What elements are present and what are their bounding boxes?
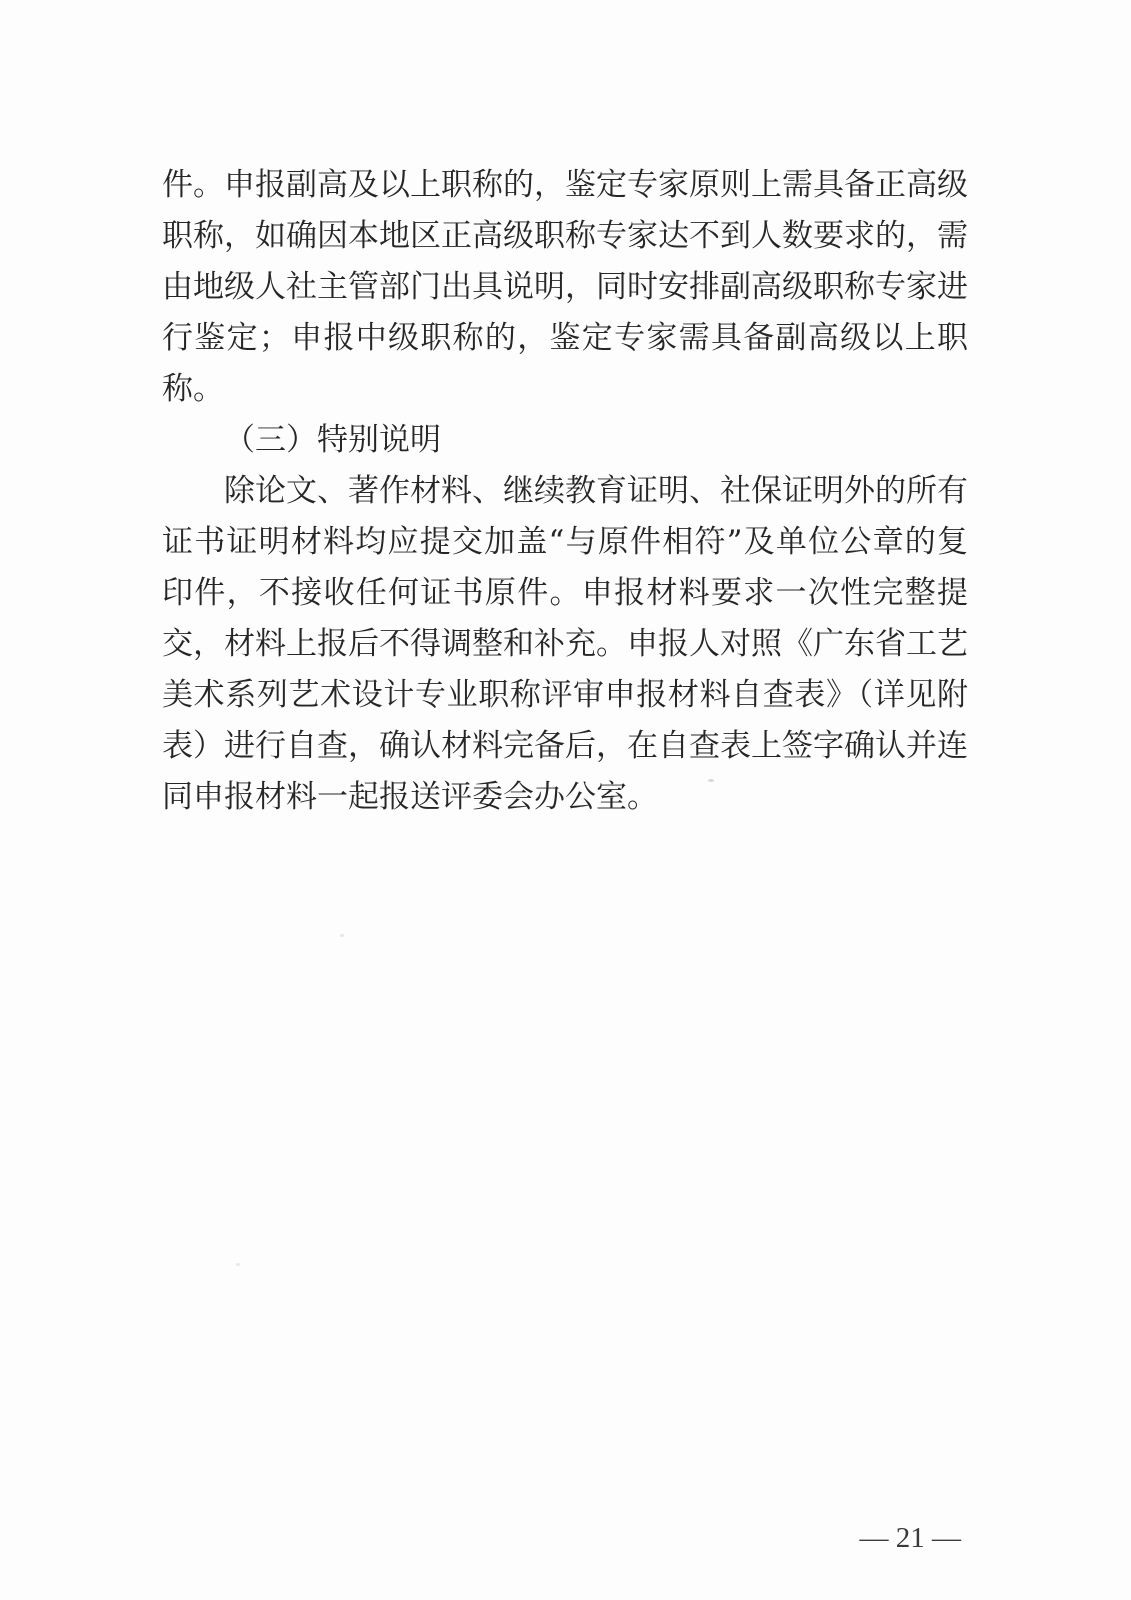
scan-speck bbox=[708, 779, 714, 782]
section-heading: （三）特别说明 bbox=[162, 415, 968, 466]
scan-speck bbox=[236, 1263, 240, 1266]
body-paragraph: 除论文、著作材料、继续教育证明、社保证明外的所有证书证明材料均应提交加盖“与原件… bbox=[162, 466, 968, 823]
body-paragraph-continuation: 件。申报副高及以上职称的，鉴定专家原则上需具备正高级职称，如确因本地区正高级职称… bbox=[162, 160, 968, 415]
document-page: 件。申报副高及以上职称的，鉴定专家原则上需具备正高级职称，如确因本地区正高级职称… bbox=[0, 0, 1131, 1600]
scan-speck bbox=[340, 934, 344, 937]
document-text-block: 件。申报副高及以上职称的，鉴定专家原则上需具备正高级职称，如确因本地区正高级职称… bbox=[162, 160, 968, 823]
page-number: — 21 — bbox=[860, 1518, 962, 1558]
